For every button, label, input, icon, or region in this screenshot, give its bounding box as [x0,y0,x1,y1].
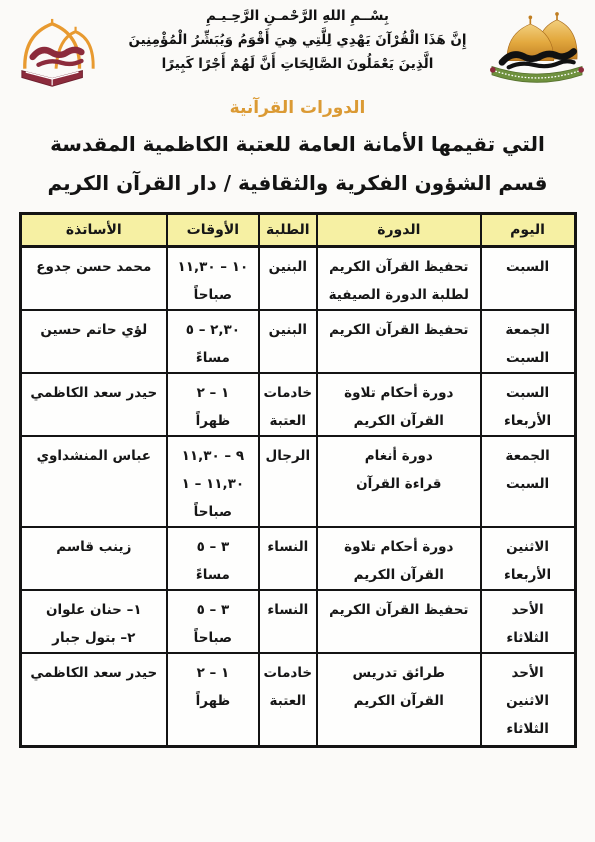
cell-line: الجمعة [482,442,574,470]
cell-teachers: حيدر سعد الكاظمي [20,653,167,746]
column-header-1: الدورة [317,214,481,247]
cell-line: مساءً [168,344,258,372]
table-row: السبتتحفيظ القرآن الكريملطلبة الدورة الص… [20,247,575,311]
cell-students: خادماتالعتبة [259,373,317,436]
cell-line: ظهراً [168,407,258,435]
cell-line: الاثنين [482,533,574,561]
cell-line: البنين [260,316,316,344]
kadhimain-shrine-logo [487,6,587,92]
table-row: الجمعةالسبتتحفيظ القرآن الكريمالبنين٢,٣٠… [20,310,575,373]
cell-times: ١ – ٢ظهراً [167,373,259,436]
cell-course: دورة أنغامقراءة القرآن [317,436,481,527]
golden-domes-green-ribbon-icon [487,6,587,92]
cell-day: السبتالأربعاء [481,373,575,436]
cell-line: الجمعة [482,316,574,344]
cell-line: زينب قاسم [22,533,167,561]
cell-course: تحفيظ القرآن الكريم [317,310,481,373]
cell-line: الاثنين [482,687,574,715]
cell-students: البنين [259,247,317,311]
cell-line: ٢,٣٠ – ٥ [168,316,258,344]
cell-line: دورة أحكام تلاوة [318,379,480,407]
cell-line: الثلاثاء [482,715,574,743]
cell-times: ٣ – ٥مساءً [167,527,259,590]
cell-day: الجمعةالسبت [481,310,575,373]
cell-line: الأحد [482,659,574,687]
page-title: الدورات القرآنية [0,98,595,118]
cell-students: البنين [259,310,317,373]
cell-line: العتبة [260,687,316,715]
table-row: الاثنينالأربعاءدورة أحكام تلاوةالقرآن ال… [20,527,575,590]
cell-teachers: لؤي حاتم حسين [20,310,167,373]
cell-times: ١ – ٢ظهراً [167,653,259,746]
cell-line: محمد حسن جدوع [22,253,167,281]
outlined-domes-open-book-icon [6,16,110,98]
bismillah-line: بِسْــمِ اللهِ الرَّحْمـنِ الرَّحِـيـمِ [118,4,477,28]
cell-course: دورة أحكام تلاوةالقرآن الكريم [317,527,481,590]
cell-line: ١ – ٢ [168,659,258,687]
cell-line: القرآن الكريم [318,407,480,435]
cell-times: ٩ – ١١,٣٠١١,٣٠ – ١صباحاً [167,436,259,527]
column-header-0: اليوم [481,214,575,247]
cell-line: تحفيظ القرآن الكريم [318,253,480,281]
cell-line: لطلبة الدورة الصيفية [318,281,480,309]
cell-line: صباحاً [168,624,258,652]
courses-table: اليومالدورةالطلبةالأوقاتالأساتذةالسبتتحف… [19,212,577,748]
cell-line: العتبة [260,407,316,435]
cell-course: دورة أحكام تلاوةالقرآن الكريم [317,373,481,436]
cell-line: تحفيظ القرآن الكريم [318,596,480,624]
dar-alquran-logo [6,16,110,98]
column-header-2: الطلبة [259,214,317,247]
cell-course: تحفيظ القرآن الكريملطلبة الدورة الصيفية [317,247,481,311]
cell-line: الأحد [482,596,574,624]
cell-line: السبت [482,379,574,407]
column-header-3: الأوقات [167,214,259,247]
verse-line-1: إِنَّ هَذَا الْقُرْآنَ يَهْدِي لِلَّتِي … [118,28,477,52]
cell-teachers: ١– حنان علوان٢– بتول جبار [20,590,167,653]
cell-line: البنين [260,253,316,281]
table-row: السبتالأربعاءدورة أحكام تلاوةالقرآن الكر… [20,373,575,436]
cell-line: تحفيظ القرآن الكريم [318,316,480,344]
cell-course: تحفيظ القرآن الكريم [317,590,481,653]
cell-line: طرائق تدريس [318,659,480,687]
cell-line: الأربعاء [482,407,574,435]
cell-line: ١– حنان علوان [22,596,167,624]
cell-course: طرائق تدريسالقرآن الكريم [317,653,481,746]
subtitle-line-1: التي تقيمها الأمانة العامة للعتبة الكاظم… [0,132,595,156]
cell-students: النساء [259,590,317,653]
cell-line: ٣ – ٥ [168,533,258,561]
cell-line: الثلاثاء [482,624,574,652]
cell-line: الرجال [260,442,316,470]
cell-line: ٩ – ١١,٣٠ [168,442,258,470]
cell-line: لؤي حاتم حسين [22,316,167,344]
cell-day: الأحدالثلاثاء [481,590,575,653]
verse-line-2: الَّذِينَ يَعْمَلُونَ الصَّالِحَاتِ أَنَ… [118,52,477,76]
cell-line: السبت [482,470,574,498]
cell-times: ٢,٣٠ – ٥مساءً [167,310,259,373]
cell-line: خادمات [260,659,316,687]
cell-line: الأربعاء [482,561,574,589]
table-row: الأحدالاثنينالثلاثاءطرائق تدريسالقرآن ال… [20,653,575,746]
cell-day: الاثنينالأربعاء [481,527,575,590]
cell-students: النساء [259,527,317,590]
cell-teachers: زينب قاسم [20,527,167,590]
cell-line: ١ – ٢ [168,379,258,407]
cell-line: دورة أحكام تلاوة [318,533,480,561]
cell-line: ١١,٣٠ – ١ [168,470,258,498]
cell-line: النساء [260,596,316,624]
cell-line: مساءً [168,561,258,589]
cell-students: الرجال [259,436,317,527]
subtitle-line-2: قسم الشؤون الفكرية والثقافية / دار القرآ… [0,171,595,195]
cell-line: ظهراً [168,687,258,715]
cell-line: السبت [482,253,574,281]
bismillah-block: بِسْــمِ اللهِ الرَّحْمـنِ الرَّحِـيـمِ … [118,4,477,76]
cell-line: عباس المنشداوي [22,442,167,470]
cell-day: الأحدالاثنينالثلاثاء [481,653,575,746]
cell-teachers: محمد حسن جدوع [20,247,167,311]
cell-line: قراءة القرآن [318,470,480,498]
cell-times: ١٠ – ١١,٣٠صباحاً [167,247,259,311]
cell-line: صباحاً [168,281,258,309]
cell-line: القرآن الكريم [318,687,480,715]
cell-line: دورة أنغام [318,442,480,470]
cell-line: حيدر سعد الكاظمي [22,379,167,407]
cell-line: ١٠ – ١١,٣٠ [168,253,258,281]
cell-teachers: حيدر سعد الكاظمي [20,373,167,436]
page: بِسْــمِ اللهِ الرَّحْمـنِ الرَّحِـيـمِ … [0,0,595,842]
cell-day: الجمعةالسبت [481,436,575,527]
cell-line: ٣ – ٥ [168,596,258,624]
cell-day: السبت [481,247,575,311]
header: بِسْــمِ اللهِ الرَّحْمـنِ الرَّحِـيـمِ … [0,0,595,96]
table-row: الأحدالثلاثاءتحفيظ القرآن الكريمالنساء٣ … [20,590,575,653]
cell-line: خادمات [260,379,316,407]
cell-line: صباحاً [168,498,258,526]
cell-line: النساء [260,533,316,561]
cell-teachers: عباس المنشداوي [20,436,167,527]
cell-line: ٢– بتول جبار [22,624,167,652]
cell-times: ٣ – ٥صباحاً [167,590,259,653]
cell-line: القرآن الكريم [318,561,480,589]
table-row: الجمعةالسبتدورة أنغامقراءة القرآنالرجال٩… [20,436,575,527]
cell-line: حيدر سعد الكاظمي [22,659,167,687]
column-header-4: الأساتذة [20,214,167,247]
table-header-row: اليومالدورةالطلبةالأوقاتالأساتذة [20,214,575,247]
cell-line: السبت [482,344,574,372]
cell-students: خادماتالعتبة [259,653,317,746]
